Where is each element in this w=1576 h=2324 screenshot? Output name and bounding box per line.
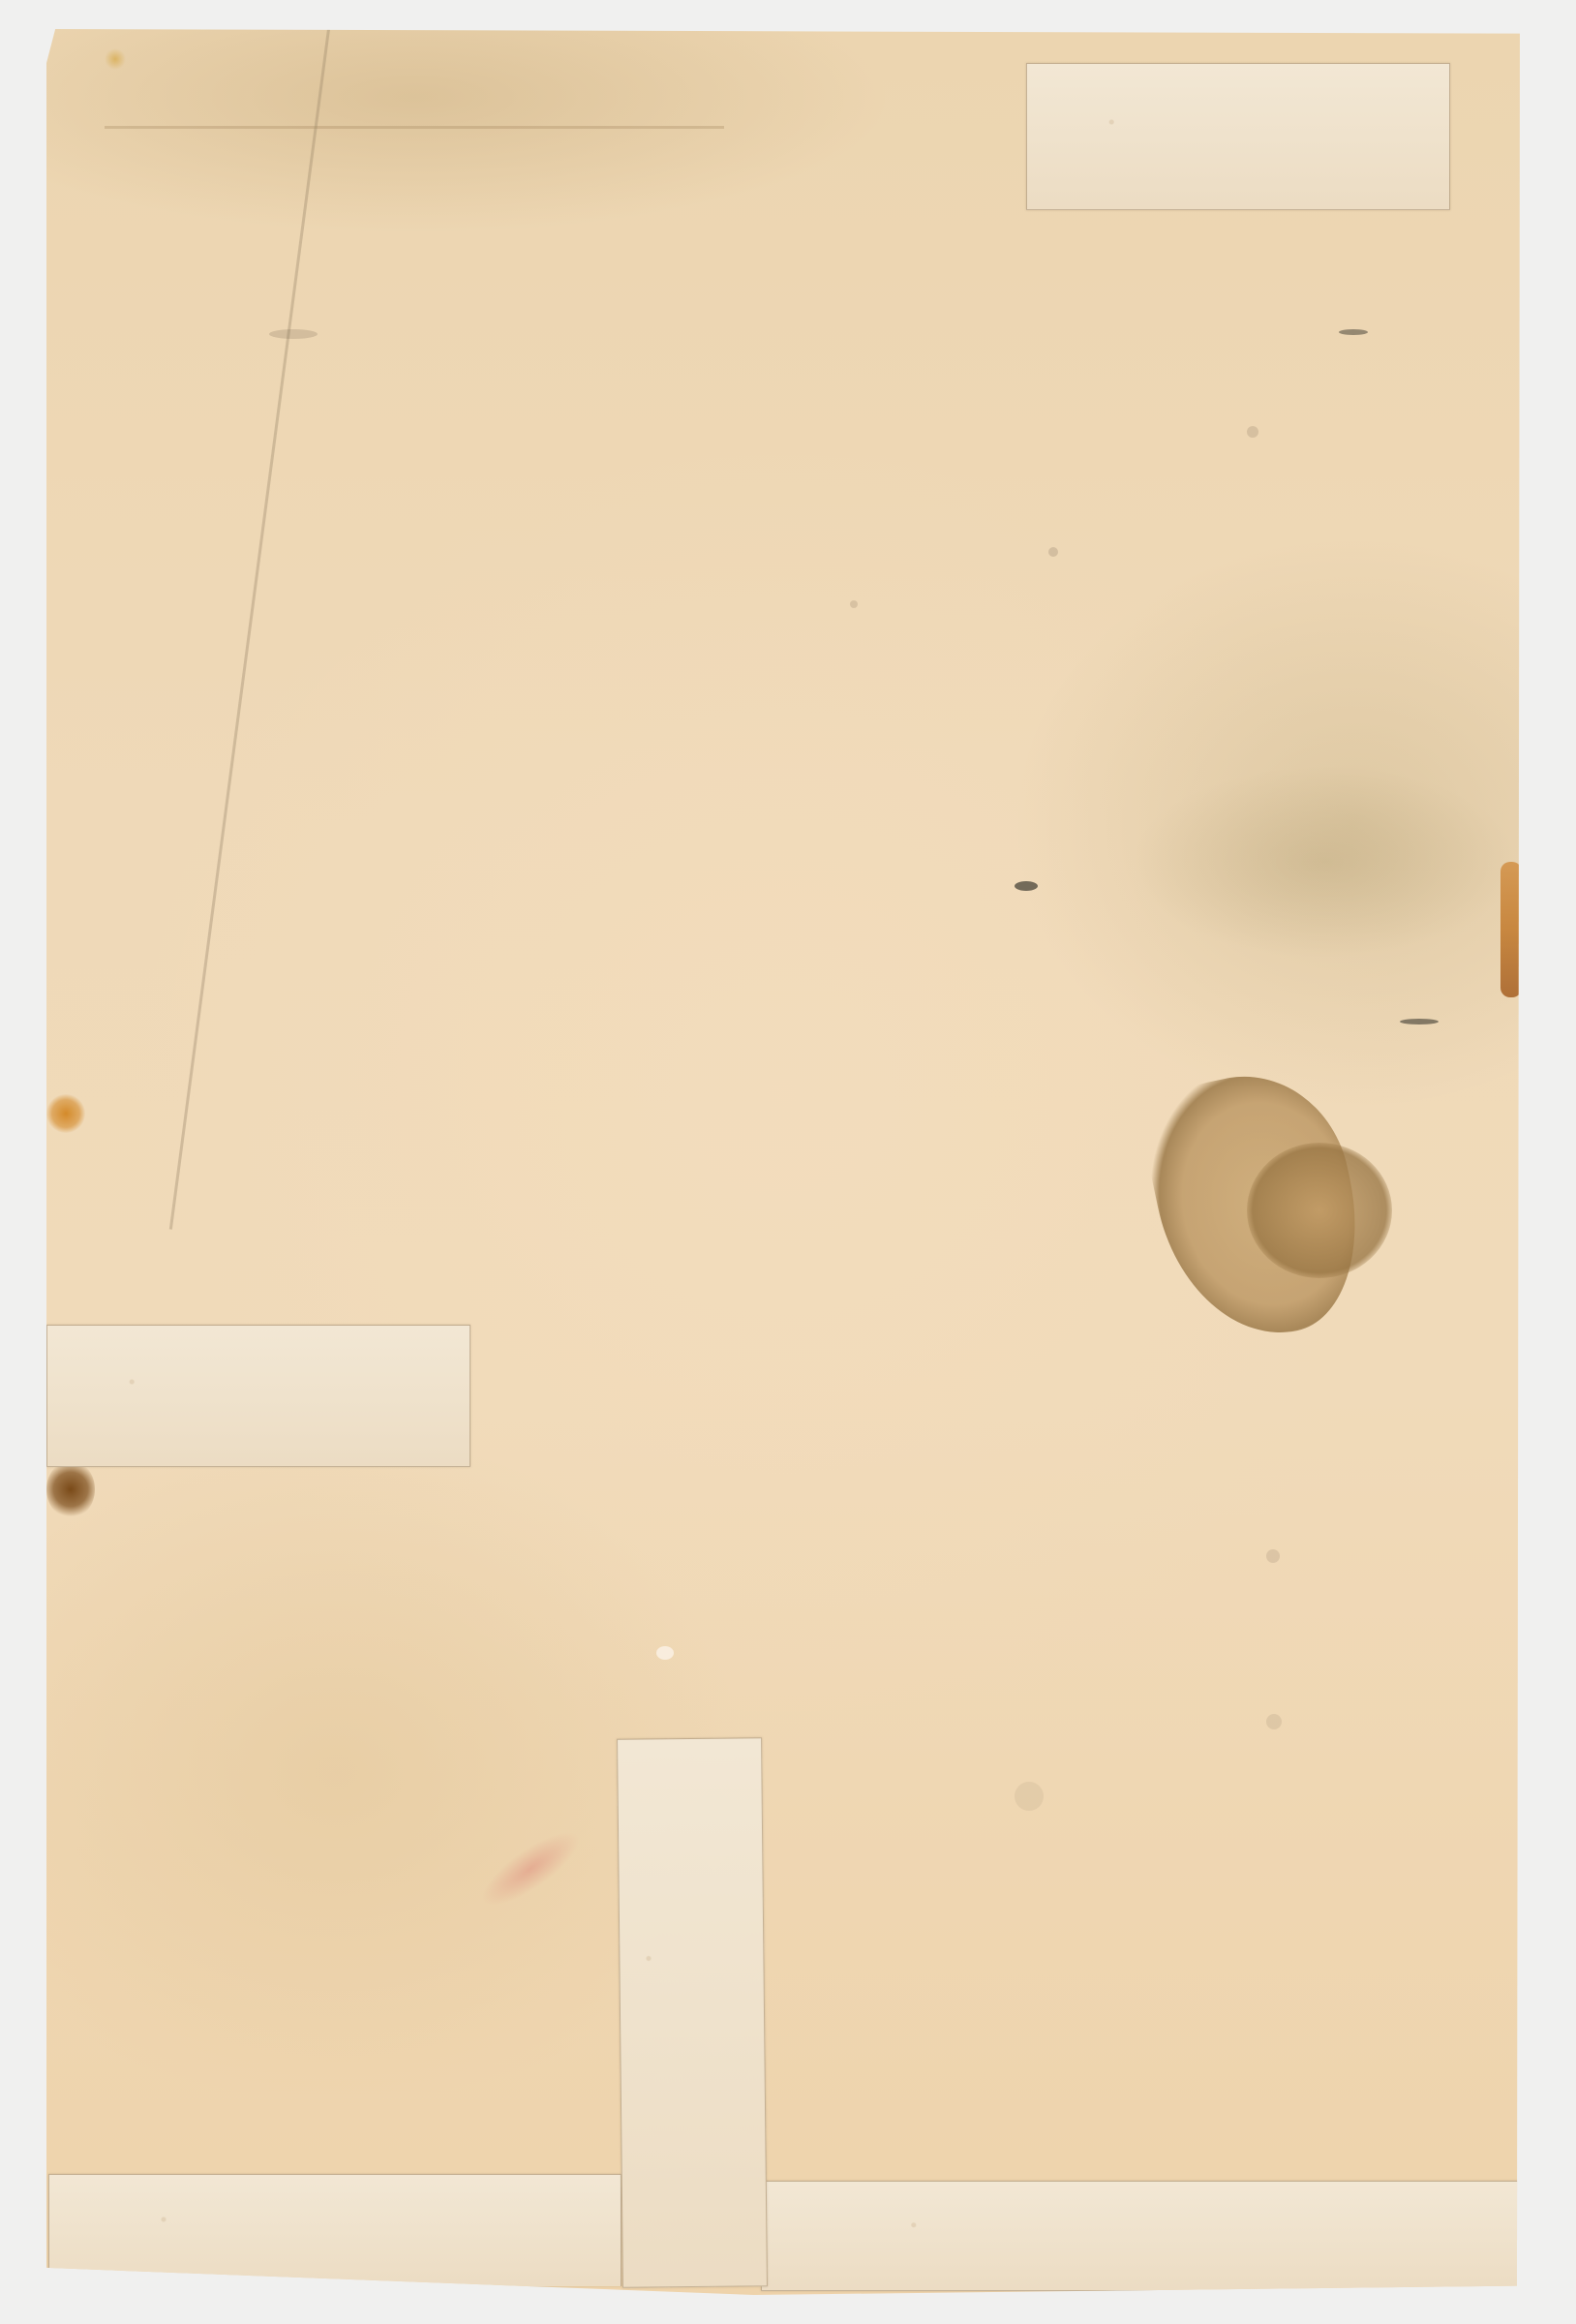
photo-stage	[0, 0, 1576, 2324]
fold-crease	[169, 29, 330, 1230]
bottom-strip-left-tape	[48, 2174, 621, 2286]
dark-brown-patch	[46, 1460, 95, 1518]
fold-crease-horizontal	[105, 126, 724, 129]
aged-paper-sheet	[46, 29, 1520, 2295]
dark-fleck	[1015, 881, 1038, 891]
speck	[850, 600, 858, 608]
speck	[1266, 1549, 1280, 1563]
speck	[1048, 547, 1058, 557]
faint-discoloration	[1131, 765, 1518, 959]
speck	[1247, 426, 1258, 438]
rust-edge-stain	[1500, 862, 1522, 997]
bottom-strip-right-tape	[761, 2181, 1522, 2291]
water-stain-lobe	[1247, 1143, 1392, 1278]
speck	[656, 1646, 674, 1660]
bottom-vertical-tape	[617, 1737, 768, 2288]
dark-fleck	[1400, 1019, 1439, 1024]
yellow-spot-top-left	[105, 48, 126, 70]
speck	[1015, 1782, 1044, 1811]
speck	[1266, 1714, 1282, 1729]
speck	[269, 329, 318, 339]
top-right-tape	[1026, 63, 1450, 210]
left-middle-tape	[46, 1325, 470, 1467]
orange-spot-left	[46, 1094, 85, 1133]
dark-fleck	[1339, 329, 1368, 335]
pink-smudge	[471, 1819, 589, 1918]
